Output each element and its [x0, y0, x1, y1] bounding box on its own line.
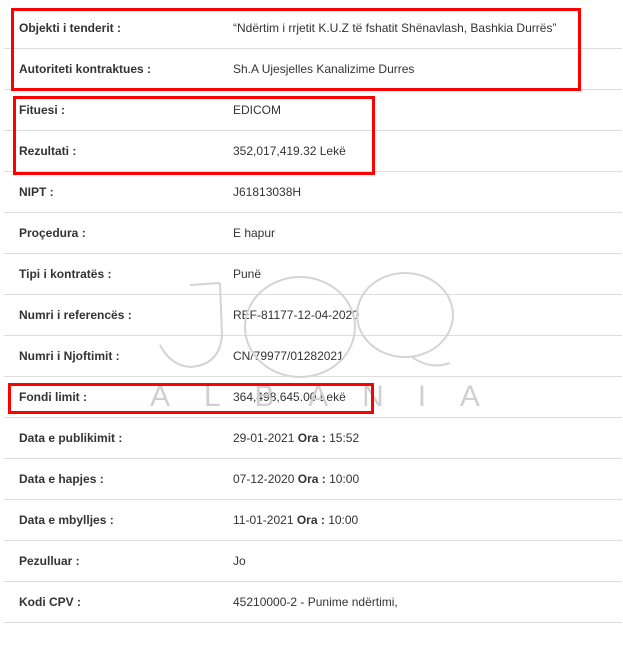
label-publikimi: Data e publikimit :: [19, 418, 122, 459]
value-hapja: 07-12-2020 Ora : 10:00: [233, 459, 359, 500]
label-nipt: NIPT :: [19, 172, 54, 213]
label-njoftimi: Numri i Njoftimit :: [19, 336, 120, 377]
value-pezulluar: Jo: [233, 541, 246, 582]
row-tipi: Tipi i kontratës : Punë: [4, 254, 622, 295]
value-cpv: 45210000-2 - Punime ndërtimi,: [233, 582, 398, 623]
value-autoriteti: Sh.A Ujesjelles Kanalizime Durres: [233, 49, 414, 90]
time-mbyllja: 10:00: [328, 513, 358, 527]
label-objekti: Objekti i tenderit :: [19, 8, 121, 49]
value-objekti: “Ndërtim i rrjetit K.U.Z të fshatit Shën…: [233, 8, 556, 49]
time-label: Ora :: [297, 513, 325, 527]
row-mbyllja: Data e mbylljes : 11-01-2021 Ora : 10:00: [4, 500, 622, 541]
value-fituesi: EDICOM: [233, 90, 281, 131]
tender-details-table: Objekti i tenderit : “Ndërtim i rrjetit …: [4, 8, 622, 623]
row-fondi: Fondi limit : 364,498,645.00 Lekë: [4, 377, 622, 418]
time-label: Ora :: [298, 431, 326, 445]
label-pezulluar: Pezulluar :: [19, 541, 80, 582]
row-objekti: Objekti i tenderit : “Ndërtim i rrjetit …: [4, 8, 622, 49]
value-procedura: E hapur: [233, 213, 275, 254]
row-publikimi: Data e publikimit : 29-01-2021 Ora : 15:…: [4, 418, 622, 459]
value-rezultati: 352,017,419.32 Lekë: [233, 131, 346, 172]
row-cpv: Kodi CPV : 45210000-2 - Punime ndërtimi,: [4, 582, 622, 623]
value-fondi: 364,498,645.00 Lekë: [233, 377, 346, 418]
row-procedura: Proçedura : E hapur: [4, 213, 622, 254]
time-label: Ora :: [298, 472, 326, 486]
label-hapja: Data e hapjes :: [19, 459, 104, 500]
time-publikimi: 15:52: [329, 431, 359, 445]
date-publikimi: 29-01-2021: [233, 431, 294, 445]
row-pezulluar: Pezulluar : Jo: [4, 541, 622, 582]
value-referenca: REF-81177-12-04-2020: [233, 295, 359, 336]
row-nipt: NIPT : J61813038H: [4, 172, 622, 213]
date-mbyllja: 11-01-2021: [233, 513, 294, 527]
label-referenca: Numri i referencës :: [19, 295, 132, 336]
time-hapja: 10:00: [329, 472, 359, 486]
row-rezultati: Rezultati : 352,017,419.32 Lekë: [4, 131, 622, 172]
value-nipt: J61813038H: [233, 172, 301, 213]
row-hapja: Data e hapjes : 07-12-2020 Ora : 10:00: [4, 459, 622, 500]
row-autoriteti: Autoriteti kontraktues : Sh.A Ujesjelles…: [4, 49, 622, 90]
label-rezultati: Rezultati :: [19, 131, 76, 172]
row-fituesi: Fituesi : EDICOM: [4, 90, 622, 131]
value-publikimi: 29-01-2021 Ora : 15:52: [233, 418, 359, 459]
value-tipi: Punë: [233, 254, 261, 295]
label-fituesi: Fituesi :: [19, 90, 65, 131]
label-procedura: Proçedura :: [19, 213, 86, 254]
label-fondi: Fondi limit :: [19, 377, 87, 418]
value-mbyllja: 11-01-2021 Ora : 10:00: [233, 500, 358, 541]
label-autoriteti: Autoriteti kontraktues :: [19, 49, 151, 90]
date-hapja: 07-12-2020: [233, 472, 294, 486]
row-njoftimi: Numri i Njoftimit : CN/79977/01282021: [4, 336, 622, 377]
label-mbyllja: Data e mbylljes :: [19, 500, 114, 541]
label-tipi: Tipi i kontratës :: [19, 254, 111, 295]
label-cpv: Kodi CPV :: [19, 582, 81, 623]
row-referenca: Numri i referencës : REF-81177-12-04-202…: [4, 295, 622, 336]
value-njoftimi: CN/79977/01282021: [233, 336, 344, 377]
